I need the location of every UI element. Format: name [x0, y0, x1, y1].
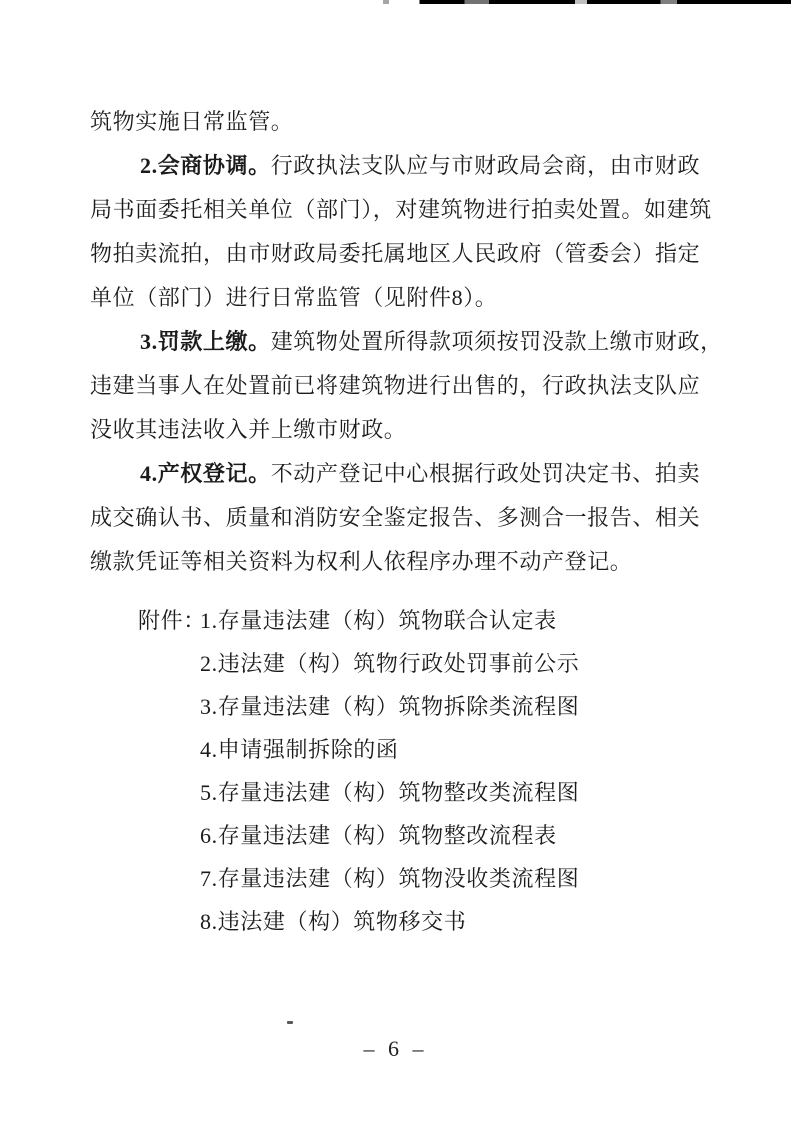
paragraph-3-line-2: 违建当事人在处置前已将建筑物进行出售的，行政执法支队应	[90, 364, 706, 408]
paragraph-3-line-3: 没收其违法收入并上缴市财政。	[90, 408, 706, 452]
attachments-section: 附件： 1.存量违法建（构）筑物联合认定表 2.违法建（构）筑物行政处罚事前公示…	[90, 599, 706, 943]
attachment-item: 8.违法建（构）筑物移交书	[200, 900, 706, 943]
attachments-list: 1.存量违法建（构）筑物联合认定表 2.违法建（构）筑物行政处罚事前公示 3.存…	[200, 599, 706, 943]
attachment-item: 4.申请强制拆除的函	[200, 728, 706, 771]
attachment-item: 5.存量违法建（构）筑物整改类流程图	[200, 771, 706, 814]
scan-artifact-top	[383, 0, 791, 4]
paragraph-4-heading: 4.产权登记。	[140, 461, 271, 486]
paragraph-2-line-4: 单位（部门）进行日常监管（见附件8）。	[90, 276, 706, 320]
paragraph-3-heading: 3.罚款上缴。	[140, 329, 271, 354]
paragraph-4-line-2: 成交确认书、质量和消防安全鉴定报告、多测合一报告、相关	[90, 496, 706, 540]
paragraph-4-line-1: 4.产权登记。不动产登记中心根据行政处罚决定书、拍卖	[90, 452, 706, 496]
paragraph-2-line-3: 物拍卖流拍，由市财政局委托属地区人民政府（管委会）指定	[90, 232, 706, 276]
attachment-item: 7.存量违法建（构）筑物没收类流程图	[200, 857, 706, 900]
scan-speck-artifact	[287, 1021, 293, 1024]
paragraph-2-line-2: 局书面委托相关单位（部门），对建筑物进行拍卖处置。如建筑	[90, 188, 706, 232]
document-page: 筑物实施日常监管。 2.会商协调。行政执法支队应与市财政局会商，由市财政 局书面…	[0, 0, 791, 1122]
paragraph-2-line-1: 2.会商协调。行政执法支队应与市财政局会商，由市财政	[90, 144, 706, 188]
attachment-item: 1.存量违法建（构）筑物联合认定表	[200, 599, 706, 642]
paragraph-2-heading: 2.会商协调。	[140, 153, 271, 178]
attachments-label: 附件：	[138, 599, 206, 642]
paragraph-2-text: 行政执法支队应与市财政局会商，由市财政	[271, 153, 700, 178]
paragraph-3-text: 建筑物处置所得款项须按罚没款上缴市财政，	[271, 329, 723, 354]
attachment-item: 6.存量违法建（构）筑物整改流程表	[200, 814, 706, 857]
paragraph-4-line-3: 缴款凭证等相关资料为权利人依程序办理不动产登记。	[90, 540, 706, 584]
paragraph-3-line-1: 3.罚款上缴。建筑物处置所得款项须按罚没款上缴市财政，	[90, 320, 706, 364]
attachment-item: 3.存量违法建（构）筑物拆除类流程图	[200, 685, 706, 728]
attachment-item: 2.违法建（构）筑物行政处罚事前公示	[200, 642, 706, 685]
paragraph-continuation-line: 筑物实施日常监管。	[90, 100, 706, 144]
page-number: – 6 –	[0, 1036, 791, 1062]
paragraph-4-text: 不动产登记中心根据行政处罚决定书、拍卖	[271, 461, 700, 486]
document-body: 筑物实施日常监管。 2.会商协调。行政执法支队应与市财政局会商，由市财政 局书面…	[90, 100, 706, 584]
